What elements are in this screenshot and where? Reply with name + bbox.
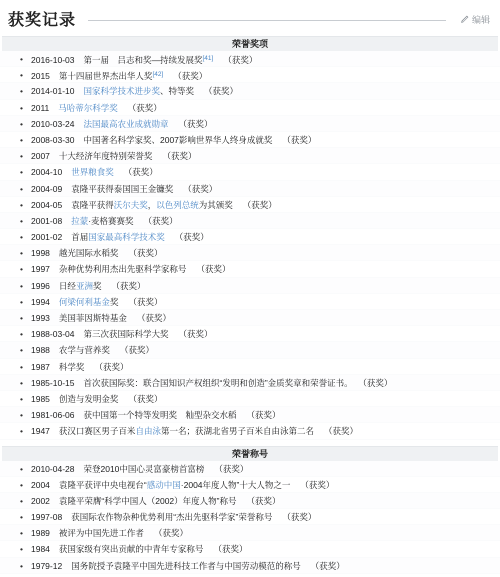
award-date: 2004-09	[31, 184, 62, 194]
award-row: 2004袁隆平获评中央电视台“感动中国·2004年度人物”十大人物之一（获奖）	[0, 477, 500, 493]
award-date: 2004-05	[31, 200, 62, 210]
award-text: 为其颁奖	[199, 200, 233, 210]
award-status: （获奖）	[183, 184, 217, 194]
award-link[interactable]: 法国最高农业成就勋章	[83, 119, 168, 129]
award-status: （获奖）	[300, 480, 334, 490]
award-link[interactable]: 马哈蒂尔科学奖	[58, 103, 118, 113]
award-text: 中国著名科学家奖、2007影响世界华人终身成就奖	[83, 135, 272, 145]
award-list: 2016-10-03第一届 吕志和奖—持续发展奖[41]（获奖）2015第十四届…	[0, 51, 500, 440]
award-status: （获奖）	[120, 345, 154, 355]
award-text: 袁隆平获得泰国国王金镰奖	[71, 184, 173, 194]
award-row: 2007十大经济年度特别荣誉奖（获奖）	[0, 148, 500, 164]
award-text: 奖	[93, 281, 102, 291]
award-date: 2016-10-03	[31, 55, 74, 65]
award-text: 被评为中国先进工作者	[59, 528, 144, 538]
award-date: 1998	[31, 248, 50, 258]
award-status: （获奖）	[128, 297, 162, 307]
award-row: 1994何梁何利基金奖（获奖）	[0, 294, 500, 310]
reference-link[interactable]: [41]	[203, 55, 214, 62]
awards-table: 荣誉奖项2016-10-03第一届 吕志和奖—持续发展奖[41]（获奖）2015…	[0, 36, 500, 574]
award-row: 2001-02首届国家最高科学技术奖（获奖）	[0, 229, 500, 245]
award-link[interactable]: 世界粮食奖	[71, 167, 114, 177]
award-status: （获奖）	[154, 528, 188, 538]
award-text: 第一届 吕志和奖—持续发展奖	[83, 55, 202, 65]
award-text: 首次获国际奖：联合国知识产权组织“发明和创造”金质奖章和荣誉证书。	[83, 378, 352, 388]
award-row: 2015第十四届世界杰出华人奖[42]（获奖）	[0, 67, 500, 83]
award-row: 2014-01-10国家科学技术进步奖、特等奖（获奖）	[0, 83, 500, 99]
award-date: 1985	[31, 394, 50, 404]
award-list: 2010-04-28荣登2010中国心灵富豪榜首富榜（获奖）2004袁隆平获评中…	[0, 461, 500, 574]
award-row: 1996日经亚洲奖（获奖）	[0, 278, 500, 294]
award-date: 1988	[31, 345, 50, 355]
award-status: （获奖）	[162, 151, 196, 161]
award-status: （获奖）	[282, 512, 316, 522]
award-status: （获奖）	[128, 394, 162, 404]
award-text: 国务院授予袁隆平中国先进科技工作者与中国劳动模范的称号	[71, 561, 301, 571]
pencil-edit-icon	[460, 15, 469, 24]
award-date: 1979-12	[31, 561, 62, 571]
award-text: 获国际农作物杂种优势利用“杰出先驱科学家”荣誉称号	[71, 512, 272, 522]
award-date: 1987	[31, 362, 50, 372]
award-link[interactable]: 沃尔夫奖	[114, 200, 148, 210]
award-text: 农学与营养奖	[59, 345, 110, 355]
award-text: 第三次获国际科学大奖	[83, 329, 168, 339]
award-row: 1947获汉口赛区男子百米自由泳第一名；获湖北省男子百米自由泳第二名（获奖）	[0, 423, 500, 439]
award-date: 2014-01-10	[31, 86, 74, 96]
award-date: 2011	[31, 103, 49, 113]
section-title-bar: 获奖记录 编辑	[0, 0, 500, 32]
award-status: （获奖）	[282, 135, 316, 145]
award-link[interactable]: 自由泳	[135, 426, 161, 436]
award-status: （获奖）	[324, 426, 358, 436]
award-row: 1987科学奖（获奖）	[0, 359, 500, 375]
award-status: （获奖）	[124, 167, 158, 177]
award-text: 袁隆平获评中央电视台“	[59, 480, 147, 490]
award-status: （获奖）	[179, 329, 213, 339]
award-row: 1979-12国务院授予袁隆平中国先进科技工作者与中国劳动模范的称号（获奖）	[0, 558, 500, 574]
award-row: 1988农学与营养奖（获奖）	[0, 342, 500, 358]
award-status: （获奖）	[175, 232, 209, 242]
section-header: 荣誉奖项	[2, 36, 498, 51]
award-text: 美国菲因斯特基金	[59, 313, 127, 323]
award-row: 2010-03-24法国最高农业成就勋章（获奖）	[0, 116, 500, 132]
award-status: （获奖）	[179, 119, 213, 129]
award-date: 1997	[31, 264, 50, 274]
award-row: 1989被评为中国先进工作者（获奖）	[0, 525, 500, 541]
award-link[interactable]: 亚洲	[76, 281, 93, 291]
award-link[interactable]: 拉蒙	[71, 216, 88, 226]
award-link[interactable]: 国家科学技术进步奖	[83, 86, 160, 96]
award-date: 1981-06-06	[31, 410, 74, 420]
award-link[interactable]: 何梁何利基金	[59, 297, 110, 307]
award-text: 日经	[59, 281, 76, 291]
award-text: 创造与发明金奖	[59, 394, 119, 404]
award-date: 1989	[31, 528, 50, 538]
award-row: 2001-08拉蒙·麦格赛赛奖（获奖）	[0, 213, 500, 229]
award-row: 1985创造与发明金奖（获奖）	[0, 391, 500, 407]
award-status: （获奖）	[213, 544, 247, 554]
award-status: （获奖）	[128, 103, 162, 113]
award-text: 首届	[71, 232, 88, 242]
award-date: 2007	[31, 151, 50, 161]
award-text: 获汉口赛区男子百米	[59, 426, 136, 436]
award-text: 科学奖	[59, 362, 85, 372]
edit-link[interactable]: 编辑	[460, 13, 490, 26]
award-row: 1985-10-15首次获国际奖：联合国知识产权组织“发明和创造”金质奖章和荣誉…	[0, 375, 500, 391]
award-row: 2004-10世界粮食奖（获奖）	[0, 164, 500, 180]
award-status: （获奖）	[144, 216, 178, 226]
award-text: 获国家级有突出贡献的中青年专家称号	[59, 544, 204, 554]
award-date: 2004-10	[31, 167, 62, 177]
edit-link-label: 编辑	[472, 13, 490, 26]
award-date: 2002	[31, 496, 50, 506]
award-row: 1981-06-06获中国第一个特等发明奖 籼型杂交水稻（获奖）	[0, 407, 500, 423]
award-date: 2010-04-28	[31, 464, 74, 474]
award-status: （获奖）	[311, 561, 345, 571]
award-row: 2016-10-03第一届 吕志和奖—持续发展奖[41]（获奖）	[0, 51, 500, 67]
award-row: 2011马哈蒂尔科学奖（获奖）	[0, 100, 500, 116]
award-date: 1993	[31, 313, 50, 323]
award-text: 第一名；获湖北省男子百米自由泳第二名	[161, 426, 314, 436]
award-row: 1997-08获国际农作物杂种优势利用“杰出先驱科学家”荣誉称号（获奖）	[0, 509, 500, 525]
award-status: （获奖）	[363, 378, 393, 388]
title-divider	[88, 20, 446, 21]
award-row: 2010-04-28荣登2010中国心灵富豪榜首富榜（获奖）	[0, 461, 500, 477]
award-row: 2004-09袁隆平获得泰国国王金镰奖（获奖）	[0, 181, 500, 197]
award-date: 2001-02	[31, 232, 62, 242]
award-status: （获奖）	[94, 362, 128, 372]
award-status: （获奖）	[247, 410, 281, 420]
award-link[interactable]: 国家最高科学技术奖	[88, 232, 165, 242]
award-date: 2010-03-24	[31, 119, 74, 129]
award-text: 、特等奖	[160, 86, 194, 96]
award-date: 1947	[31, 426, 50, 436]
award-text: 杂种优势利用杰出先驱科学家称号	[59, 264, 187, 274]
award-text: ·麦格赛赛奖	[88, 216, 133, 226]
award-text: 荣登2010中国心灵富豪榜首富榜	[83, 464, 204, 474]
award-text: ·2004年度人物”十大人物之一	[181, 480, 291, 490]
award-date: 2015	[31, 71, 50, 81]
award-text: 获中国第一个特等发明奖 籼型杂交水稻	[83, 410, 236, 420]
award-text: 袁隆平荣膺“科学中国人（2002）年度人物”称号	[59, 496, 237, 506]
award-status: （获奖）	[128, 248, 162, 258]
award-date: 1994	[31, 297, 50, 307]
award-status: （获奖）	[204, 86, 238, 96]
award-status: （获奖）	[214, 464, 248, 474]
award-row: 2008-03-30中国著名科学家奖、2007影响世界华人终身成就奖（获奖）	[0, 132, 500, 148]
award-row: 1997杂种优势利用杰出先驱科学家称号（获奖）	[0, 261, 500, 277]
award-text: 第十四届世界杰出华人奖	[59, 71, 153, 81]
award-text: 十大经济年度特别荣誉奖	[59, 151, 153, 161]
award-text: 袁隆平获得	[71, 200, 114, 210]
award-row: 1993美国菲因斯特基金（获奖）	[0, 310, 500, 326]
award-text: 越光国际水稻奖	[59, 248, 119, 258]
award-date: 1985-10-15	[31, 378, 74, 388]
award-status: （获奖）	[196, 264, 230, 274]
award-status: （获奖）	[247, 496, 281, 506]
award-link[interactable]: 感动中国	[147, 480, 181, 490]
award-date: 1984	[31, 544, 50, 554]
award-status: （获奖）	[111, 281, 145, 291]
award-date: 1988-03-04	[31, 329, 74, 339]
award-status: （获奖）	[243, 200, 277, 210]
section-header: 荣誉称号	[2, 446, 498, 461]
awards-page: 获奖记录 编辑 荣誉奖项2016-10-03第一届 吕志和奖—持续发展奖[41]…	[0, 0, 500, 574]
award-date: 2008-03-30	[31, 135, 74, 145]
award-row: 1998越光国际水稻奖（获奖）	[0, 245, 500, 261]
award-text: 奖	[110, 297, 119, 307]
award-date: 1996	[31, 281, 50, 291]
award-status: （获奖）	[173, 71, 207, 81]
award-link[interactable]: 以色列总统	[156, 200, 199, 210]
award-date: 2001-08	[31, 216, 62, 226]
award-row: 1988-03-04第三次获国际科学大奖（获奖）	[0, 326, 500, 342]
reference-link[interactable]: [42]	[152, 71, 163, 78]
award-row: 2002袁隆平荣膺“科学中国人（2002）年度人物”称号（获奖）	[0, 493, 500, 509]
award-row: 2004-05袁隆平获得沃尔夫奖，以色列总统为其颁奖（获奖）	[0, 197, 500, 213]
page-title: 获奖记录	[8, 7, 76, 30]
award-row: 1984获国家级有突出贡献的中青年专家称号（获奖）	[0, 541, 500, 557]
award-status: （获奖）	[223, 55, 257, 65]
award-text: ，	[148, 200, 157, 210]
award-date: 2004	[31, 480, 50, 490]
award-date: 1997-08	[31, 512, 62, 522]
award-status: （获奖）	[137, 313, 171, 323]
